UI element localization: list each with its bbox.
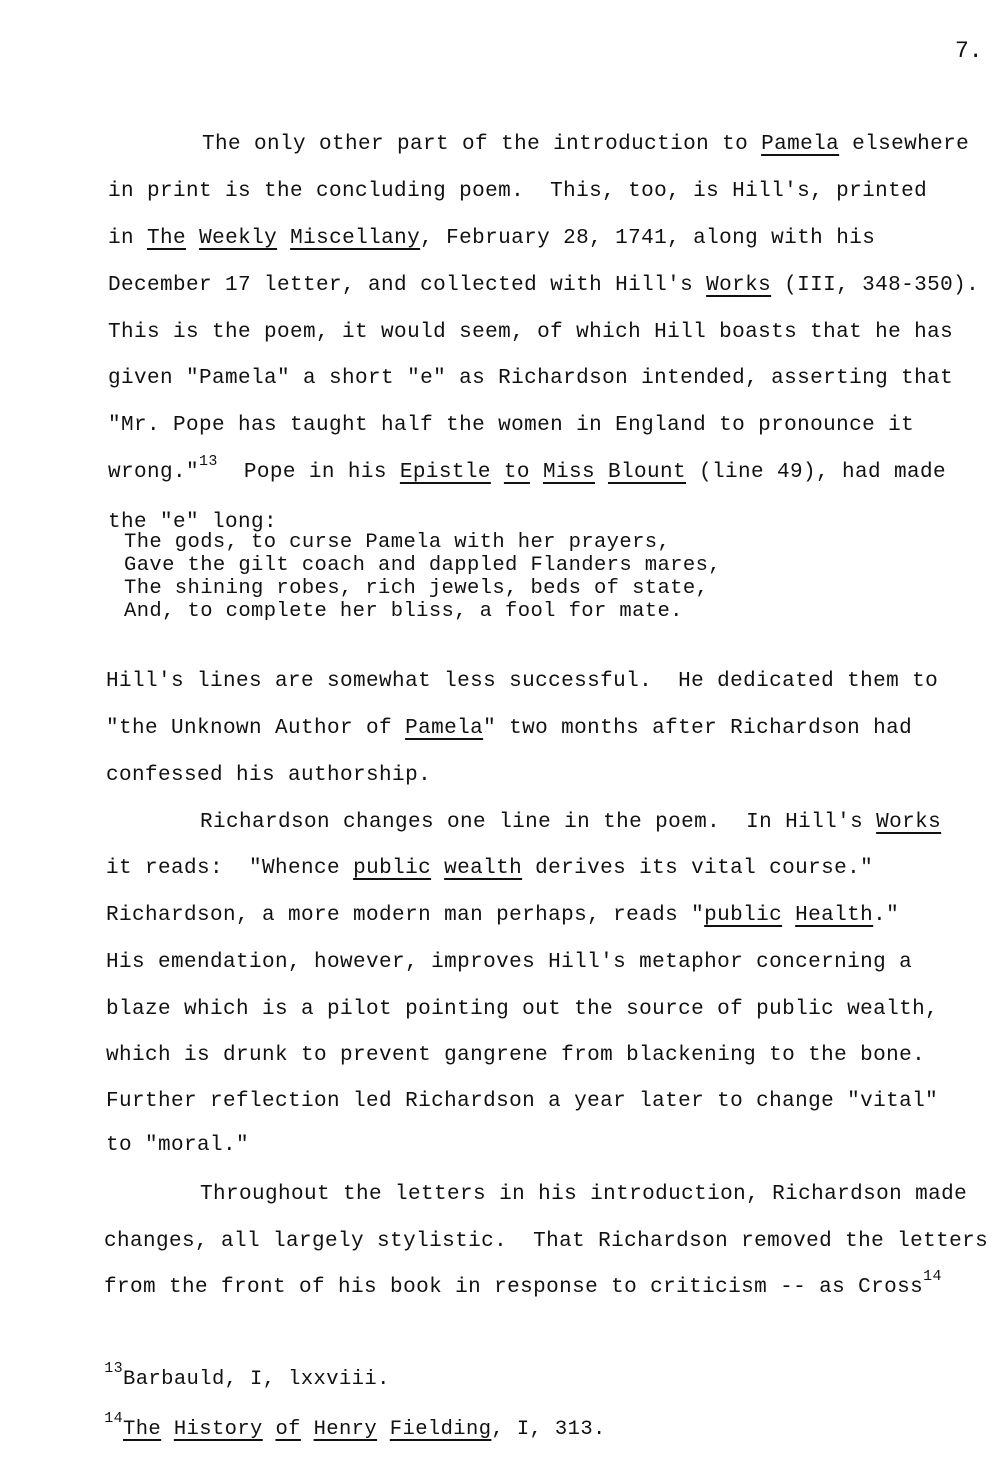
footnote-marker: 13 xyxy=(104,1360,123,1377)
title-works: Works xyxy=(876,811,941,834)
title-the: The xyxy=(147,227,186,250)
footnote-14: 14The History of Henry Fielding, I, 313. xyxy=(28,1395,606,1462)
verse-line: Gave the gilt coach and dappled Flanders… xyxy=(124,554,721,577)
title-to: to xyxy=(504,461,530,484)
title-pamela: Pamela xyxy=(405,717,483,740)
footnote-ref-13[interactable]: 13 xyxy=(199,453,218,470)
title-works: Works xyxy=(706,274,771,297)
title-miscellany: Miscellany xyxy=(290,227,420,250)
title-miss: Miss xyxy=(543,461,595,484)
footnote-marker: 14 xyxy=(104,1410,123,1427)
document-page: 7. The only other part of the introducti… xyxy=(0,0,1000,1462)
verse-line: The gods, to curse Pamela with her praye… xyxy=(124,531,670,554)
text-line: from the front of his book in response t… xyxy=(26,1253,942,1322)
title-blount: Blount xyxy=(608,461,686,484)
footnote-ref-14[interactable]: 14 xyxy=(923,1268,942,1285)
title-weekly: Weekly xyxy=(199,227,277,250)
title-epistle: Epistle xyxy=(400,461,491,484)
page-number: 7. xyxy=(955,38,983,64)
verse-line: The shining robes, rich jewels, beds of … xyxy=(124,577,708,600)
title-pamela: Pamela xyxy=(761,133,839,156)
verse-line: And, to complete her bliss, a fool for m… xyxy=(124,600,683,623)
